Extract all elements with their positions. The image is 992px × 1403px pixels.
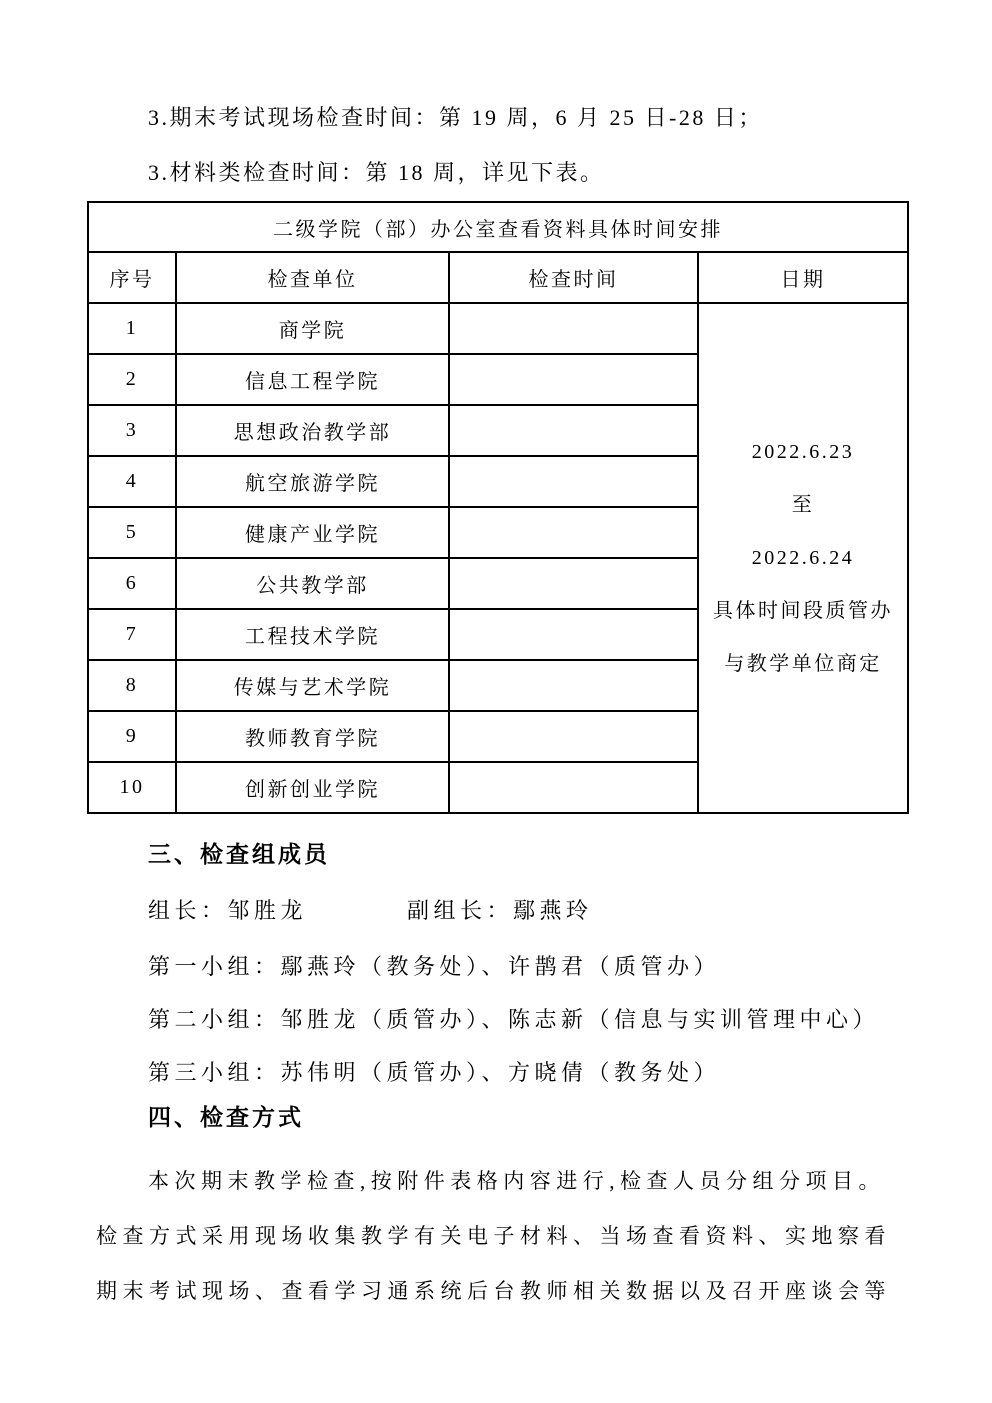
team-leader: 组长：邹胜龙 (148, 898, 307, 923)
date-end: 2022.6.24 (699, 532, 907, 585)
date-start: 2022.6.23 (699, 426, 907, 479)
cell-unit: 教师教育学院 (176, 711, 449, 762)
cell-unit: 创新创业学院 (176, 762, 449, 813)
cell-unit: 航空旅游学院 (176, 456, 449, 507)
table-row: 1 商学院 2022.6.23 至 2022.6.24 具体时间段质管办 与教学… (88, 303, 908, 354)
table-title: 二级学院（部）办公室查看资料具体时间安排 (88, 202, 908, 252)
cell-unit: 公共教学部 (176, 558, 449, 609)
header-time: 检查时间 (449, 252, 698, 303)
cell-unit: 健康产业学院 (176, 507, 449, 558)
cell-time (449, 660, 698, 711)
table-header-row: 序号 检查单位 检查时间 日期 (88, 252, 908, 303)
cell-time (449, 354, 698, 405)
header-unit: 检查单位 (176, 252, 449, 303)
cell-time (449, 456, 698, 507)
cell-unit: 传媒与艺术学院 (176, 660, 449, 711)
cell-date-merged: 2022.6.23 至 2022.6.24 具体时间段质管办 与教学单位商定 (698, 303, 908, 813)
cell-no: 3 (88, 405, 176, 456)
section-heading-inspection-method: 四、检查方式 (148, 1101, 992, 1133)
cell-unit: 信息工程学院 (176, 354, 449, 405)
paragraph-line: 检查方式采用现场收集教学有关电子材料、当场查看资料、实地察看 (96, 1209, 908, 1264)
paragraph-line: 期末考试现场、查看学习通系统后台教师相关数据以及召开座谈会等 (96, 1264, 908, 1319)
cell-no: 1 (88, 303, 176, 354)
group-line-1: 第一小组：鄢燕玲（教务处）、许鹊君（质管办） (148, 952, 992, 982)
cell-no: 8 (88, 660, 176, 711)
cell-no: 6 (88, 558, 176, 609)
date-to: 至 (699, 479, 907, 532)
intro-line-material-check-time: 3.材料类检查时间：第 18 周，详见下表。 (148, 158, 992, 188)
cell-unit: 商学院 (176, 303, 449, 354)
table-title-row: 二级学院（部）办公室查看资料具体时间安排 (88, 202, 908, 252)
cell-no: 10 (88, 762, 176, 813)
date-note-2: 与教学单位商定 (699, 638, 907, 691)
cell-time (449, 762, 698, 813)
paragraph-line: 本次期末教学检查,按附件表格内容进行,检查人员分组分项目。 (96, 1154, 908, 1209)
cell-time (449, 558, 698, 609)
cell-time (449, 405, 698, 456)
group-line-3: 第三小组：苏伟明（质管办）、方晓倩（教务处） (148, 1058, 992, 1088)
inspection-method-paragraph: 本次期末教学检查,按附件表格内容进行,检查人员分组分项目。 检查方式采用现场收集… (96, 1154, 908, 1319)
section-heading-inspection-team: 三、检查组成员 (148, 838, 992, 870)
schedule-table: 二级学院（部）办公室查看资料具体时间安排 序号 检查单位 检查时间 日期 1 商… (87, 201, 909, 814)
cell-time (449, 303, 698, 354)
cell-no: 2 (88, 354, 176, 405)
cell-unit: 工程技术学院 (176, 609, 449, 660)
cell-no: 9 (88, 711, 176, 762)
document-page: 3.期末考试现场检查时间：第 19 周，6 月 25 日-28 日； 3.材料类… (0, 0, 992, 1403)
cell-no: 5 (88, 507, 176, 558)
cell-time (449, 711, 698, 762)
date-note-1: 具体时间段质管办 (699, 585, 907, 638)
deputy-leader: 副组长：鄢燕玲 (407, 898, 593, 923)
group-line-2: 第二小组：邹胜龙（质管办）、陈志新（信息与实训管理中心） (148, 1005, 992, 1035)
cell-unit: 思想政治教学部 (176, 405, 449, 456)
team-leaders-line: 组长：邹胜龙副组长：鄢燕玲 (148, 896, 992, 926)
cell-no: 4 (88, 456, 176, 507)
intro-line-exam-check-time: 3.期末考试现场检查时间：第 19 周，6 月 25 日-28 日； (148, 0, 992, 133)
header-date: 日期 (698, 252, 908, 303)
header-no: 序号 (88, 252, 176, 303)
cell-time (449, 609, 698, 660)
cell-time (449, 507, 698, 558)
cell-no: 7 (88, 609, 176, 660)
